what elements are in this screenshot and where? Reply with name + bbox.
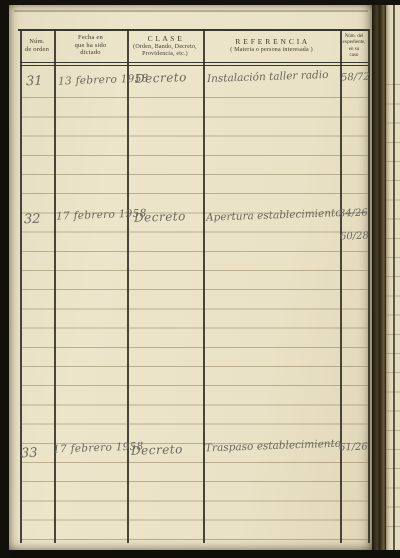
column-line-right xyxy=(368,29,370,543)
column-line-left xyxy=(20,29,22,543)
entry-order-number: 33 xyxy=(21,446,38,462)
header-line: de orden xyxy=(25,47,49,54)
column-header-referencia: R E F E R E N C I A ( Materia o persona … xyxy=(203,30,340,62)
header-line: expediente, xyxy=(343,40,366,46)
header-line: (Orden, Bando, Decreto, xyxy=(133,44,197,50)
header-line: R E F E R E N C I A xyxy=(235,38,307,46)
header-line: Fecha en xyxy=(78,35,103,42)
entry-file-number-2: 60/28 xyxy=(340,231,369,243)
entry-file-number: 61/26 xyxy=(339,442,368,454)
header-bottom-rule-2 xyxy=(20,65,368,66)
header-bottom-rule xyxy=(20,62,368,63)
scan-edge-left xyxy=(0,0,9,558)
header-line: Núm. del xyxy=(345,34,364,40)
entry-file-number: 58/72 xyxy=(341,72,370,84)
column-line-3 xyxy=(203,29,205,543)
page-top-crease xyxy=(14,10,368,12)
header-line: Núm. xyxy=(29,39,44,46)
header-line: Providencia, etc.) xyxy=(142,51,188,57)
entry-order-number: 31 xyxy=(26,74,43,90)
header-line: ( Materia o persona interesada ) xyxy=(230,47,313,53)
scan-edge-top xyxy=(0,0,400,5)
scan-edge-bottom xyxy=(0,550,400,558)
column-header-clase: C L A S E (Orden, Bando, Decreto, Provid… xyxy=(127,30,203,62)
column-line-1 xyxy=(54,29,56,543)
adjacent-page-column-line xyxy=(393,0,395,550)
header-line: en su xyxy=(349,47,359,53)
entry-class: Decreto xyxy=(134,209,186,225)
column-header-num-orden: Núm. de orden xyxy=(20,30,54,62)
column-line-2 xyxy=(127,29,129,543)
adjacent-page-edge xyxy=(386,0,400,550)
entry-class: Decreto xyxy=(131,442,183,458)
header-line: que ha sido xyxy=(75,43,107,50)
entry-class: Decreto xyxy=(135,70,187,86)
header-line: caso xyxy=(350,53,359,59)
book-gutter xyxy=(372,0,386,558)
scanned-ledger-page: Núm. de orden Fecha en que ha sido dicta… xyxy=(0,0,400,558)
column-header-fecha: Fecha en que ha sido dictado xyxy=(54,30,127,62)
entry-order-number: 32 xyxy=(24,212,41,228)
row-rule-lines xyxy=(21,79,368,540)
header-line: C L A S E xyxy=(148,35,183,43)
column-header-num-expediente: Núm. del expediente, en su caso xyxy=(340,30,368,62)
header-line: dictado xyxy=(80,50,101,57)
column-line-4 xyxy=(340,29,342,543)
entry-file-number: 34/26 xyxy=(339,208,368,220)
